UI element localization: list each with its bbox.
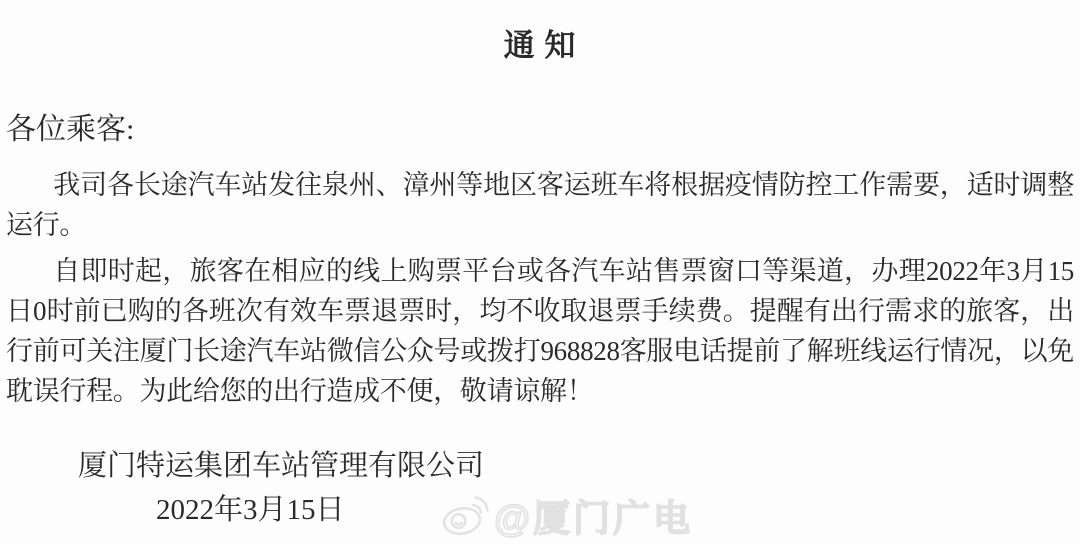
notice-document: 通 知 各位乘客: 我司各长途汽车站发往泉州、漳州等地区客运班车将根据疫情防控工… <box>0 0 1080 544</box>
signature-company: 厦门特运集团车站管理有限公司 <box>6 447 1074 485</box>
signature-date: 2022年3月15日 <box>6 493 1074 527</box>
notice-paragraph-1: 我司各长途汽车站发往泉州、漳州等地区客运班车将根据疫情防控工作需要，适时调整运行… <box>6 165 1074 245</box>
notice-title: 通 知 <box>6 0 1074 65</box>
notice-paragraph-2: 自即时起，旅客在相应的线上购票平台或各汽车站售票窗口等渠道，办理2022年3月1… <box>6 251 1074 411</box>
salutation: 各位乘客: <box>6 111 1074 149</box>
